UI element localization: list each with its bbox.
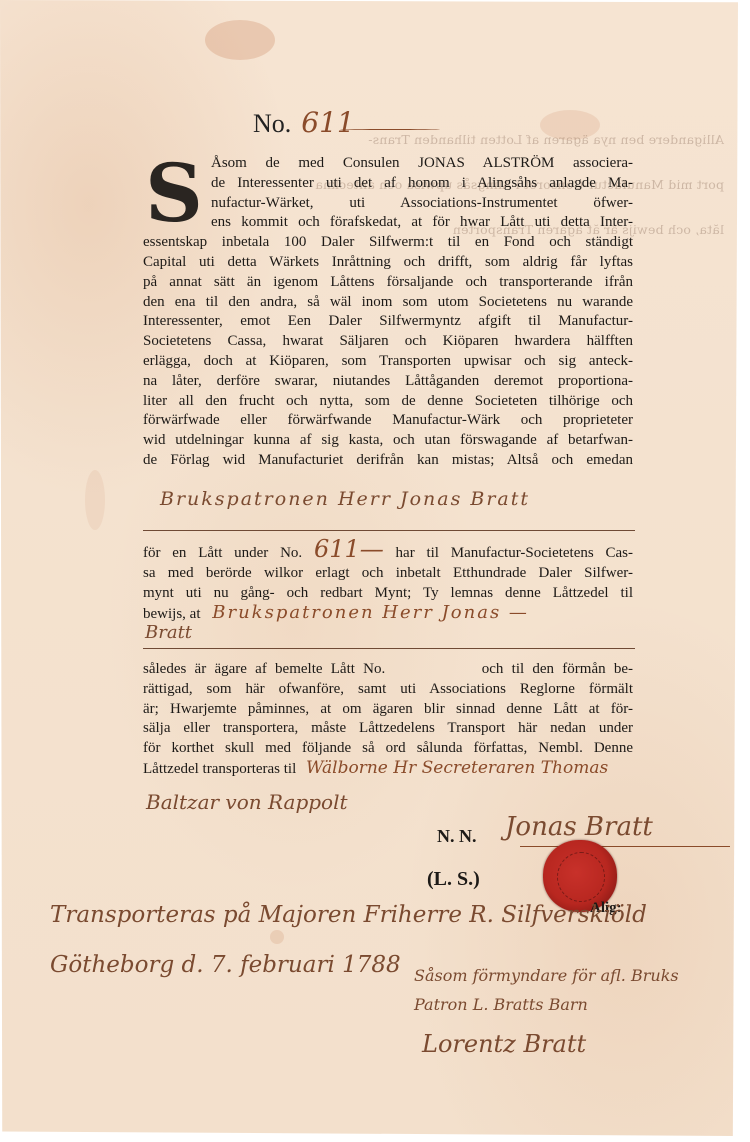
stain [85, 470, 105, 530]
text-line: wid utdelningar kunna af sig kasta, och … [143, 431, 633, 451]
text-line: Låttzedel transporteras til Wälborne Hr … [143, 759, 633, 780]
number-label: No. [253, 109, 291, 139]
text-line: nufactur-Wärket, uti Associations-Instru… [211, 194, 633, 214]
text-line: Interessenter, emot Een Daler Silfwermyn… [143, 312, 633, 332]
transfer-note-date: Götheborg d. 7. februari 1788 [50, 952, 401, 978]
text-line: sa med berörde wilkor erlagt och inbetal… [143, 564, 633, 584]
text-line: Societetens Cassa, hwarat Säljaren och K… [143, 332, 633, 352]
text-line: sälja eller transportera, måste Låttzede… [143, 719, 633, 739]
text-line: de Förlag wid Manufacturiet derifrån kan… [143, 451, 633, 471]
certificate-number: No. 611 [253, 106, 355, 139]
guardian-note-line-1: Såsom förmyndare för afl. Bruks [414, 966, 679, 985]
transfer-note-line-1: Transporteras på Majoren Friherre R. Sil… [50, 902, 647, 928]
fill-in-rule [143, 648, 635, 649]
signature-jonas-bratt: Jonas Bratt [505, 812, 653, 842]
lot-number-handwritten: 611— [314, 535, 384, 563]
body-paragraph-3: således är ägare af bemelte Lått No. och… [143, 660, 633, 780]
body-paragraph-1: Åsom de med Consulen JONAS ALSTRÖM assoc… [143, 154, 633, 471]
text-line: för en Lått under No. 611— har til Manuf… [143, 540, 633, 564]
text-line: erlägga, doch at Kiöparen, som Transport… [143, 352, 633, 372]
text-line: således är ägare af bemelte Lått No. och… [143, 660, 633, 680]
text-line: mynt uti nu gång- och redbart Mynt; Ty l… [143, 584, 633, 604]
handwritten-owner-surname: Bratt [145, 622, 192, 643]
stain [205, 20, 275, 60]
nn-label: N. N. [437, 826, 477, 847]
text-line: liter all den frucht och nytta, som de d… [143, 392, 633, 412]
stain [270, 930, 284, 944]
locus-sigilli-label: (L. S.) [427, 868, 480, 891]
guardian-signature: Lorentz Bratt [422, 1030, 586, 1058]
handwritten-transferee: Wälborne Hr Secreteraren Thomas [306, 758, 608, 778]
text-line: förwärfwade eller förwärfwande Manufactu… [143, 411, 633, 431]
text-line: bewijs, at Brukspatronen Herr Jonas — [143, 603, 633, 625]
text-line: den ena til den andra, så wäl inom som u… [143, 293, 633, 313]
handwritten-transferee-continued: Baltzar von Rappolt [146, 790, 348, 814]
signature-underline [520, 846, 730, 847]
text-line: är; Hwarjemte påminnes, at om ägaren bli… [143, 700, 633, 720]
number-value-handwritten: 611 [301, 106, 354, 139]
body-paragraph-2: för en Lått under No. 611— har til Manuf… [143, 540, 633, 625]
text-line: rättigad, som här ofwanföre, samt uti As… [143, 680, 633, 700]
number-underline [340, 129, 440, 130]
guardian-note-line-2: Patron L. Bratts Barn [414, 995, 588, 1014]
text-line: essentskap inbetala 100 Daler Silfwerm:t… [143, 233, 633, 253]
text-line: Capital uti detta Wärkets Inråttning och… [143, 253, 633, 273]
text-line: Åsom de med Consulen JONAS ALSTRÖM assoc… [211, 154, 633, 174]
text-line: på annat sätt än igenom Låttens försalja… [143, 273, 633, 293]
handwritten-owner-name: Brukspatronen Herr Jonas Bratt [160, 488, 530, 510]
fill-in-rule [143, 530, 635, 531]
handwritten-owner-name: Brukspatronen Herr Jonas — [212, 602, 529, 623]
text-line: na låter, derföre swarar, niutandes Lått… [143, 372, 633, 392]
text-line: ens kommit och förafskedat, at för hwar … [211, 213, 633, 233]
text-line: för korthet skull med följande så ord så… [143, 739, 633, 759]
text-line: de Interessenter uti det af honom i Alin… [211, 174, 633, 194]
